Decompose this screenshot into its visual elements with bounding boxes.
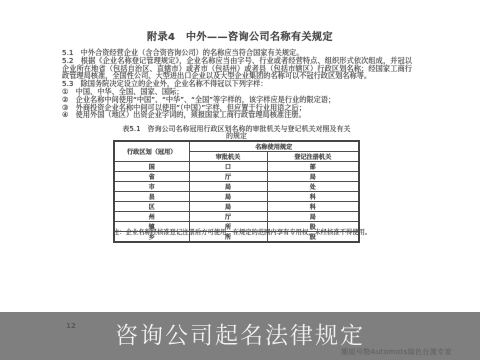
table-row: 县 局 科 <box>114 192 359 202</box>
document-heading: 附录4 中外——咨询公司名称有关规定 <box>0 28 480 43</box>
cell: 局 <box>267 212 359 222</box>
cell: 局 <box>189 202 267 212</box>
cell: 口 <box>189 162 267 172</box>
table-col1-header: 行政区划（冠用） <box>114 141 189 162</box>
cell: 州 <box>114 212 189 222</box>
cell: 县 <box>114 192 189 202</box>
footer-bar: 12 咨询公司起名法律规定 潮姐号物Automots绿色台渡专家 <box>0 312 480 360</box>
cell: 局 <box>189 192 267 202</box>
body-text-block: 5.1 中外合资经营企业（含合资咨询公司）的名称应当符合国家有关规定。 5.2 … <box>62 49 412 119</box>
cell: 局 <box>267 172 359 182</box>
table-row: 区 局 科 <box>114 202 359 212</box>
table-caption-line2: 的规定 <box>113 133 360 140</box>
regulation-table: 行政区划（冠用） 名称使用规定 审批机关 登记注册机关 国 口 部 省 厅 局 … <box>113 140 360 243</box>
table-row: 国 口 部 <box>114 162 359 172</box>
document-page: 附录4 中外——咨询公司名称有关规定 5.1 中外合资经营企业（含合资咨询公司）… <box>0 0 480 360</box>
table-col3-header: 登记注册机关 <box>267 152 359 162</box>
cell: 厅 <box>189 212 267 222</box>
cell: 处 <box>267 182 359 192</box>
cell: 局 <box>189 182 267 192</box>
table-group-header: 名称使用规定 <box>189 141 359 152</box>
table-row: 市 局 处 <box>114 182 359 192</box>
table-col2-header: 审批机关 <box>189 152 267 162</box>
cell: 省 <box>114 172 189 182</box>
table-footnote: 注：企业名称经核准登记注册后方可使用，在规定的范围内享有专用权，未经核准不得使用… <box>113 229 360 236</box>
cell: 科 <box>267 202 359 212</box>
cell: 部 <box>267 162 359 172</box>
paragraph-5-2: 5.2 根据《企业名称登记管理规定》，企业名称应当由字号、行业或者经营特点、组织… <box>62 57 412 80</box>
watermark-text: 潮姐号物Automots绿色台渡专家 <box>341 347 452 357</box>
cell: 科 <box>267 192 359 202</box>
table-header-row-group: 行政区划（冠用） 名称使用规定 <box>114 141 359 152</box>
table-footnote-text: 注：企业名称经核准登记注册后方可使用，在规定的范围内享有专用权，未经核准不得使用… <box>113 229 371 236</box>
cell: 市 <box>114 182 189 192</box>
cell: 厅 <box>189 172 267 182</box>
bullet-item-4: ④ 使用外国（地区）出资企业字词的，须报国家工商行政管理局核准注册。 <box>62 111 412 119</box>
cell: 区 <box>114 202 189 212</box>
table-row: 省 厅 局 <box>114 172 359 182</box>
table-caption: 表5.1 咨询公司名称冠用行政区划名称的审批机关与登记机关对照及有关 的规定 <box>113 126 360 140</box>
footer-title: 咨询公司起名法律规定 <box>0 317 480 350</box>
cell: 国 <box>114 162 189 172</box>
table-row: 州 厅 局 <box>114 212 359 222</box>
